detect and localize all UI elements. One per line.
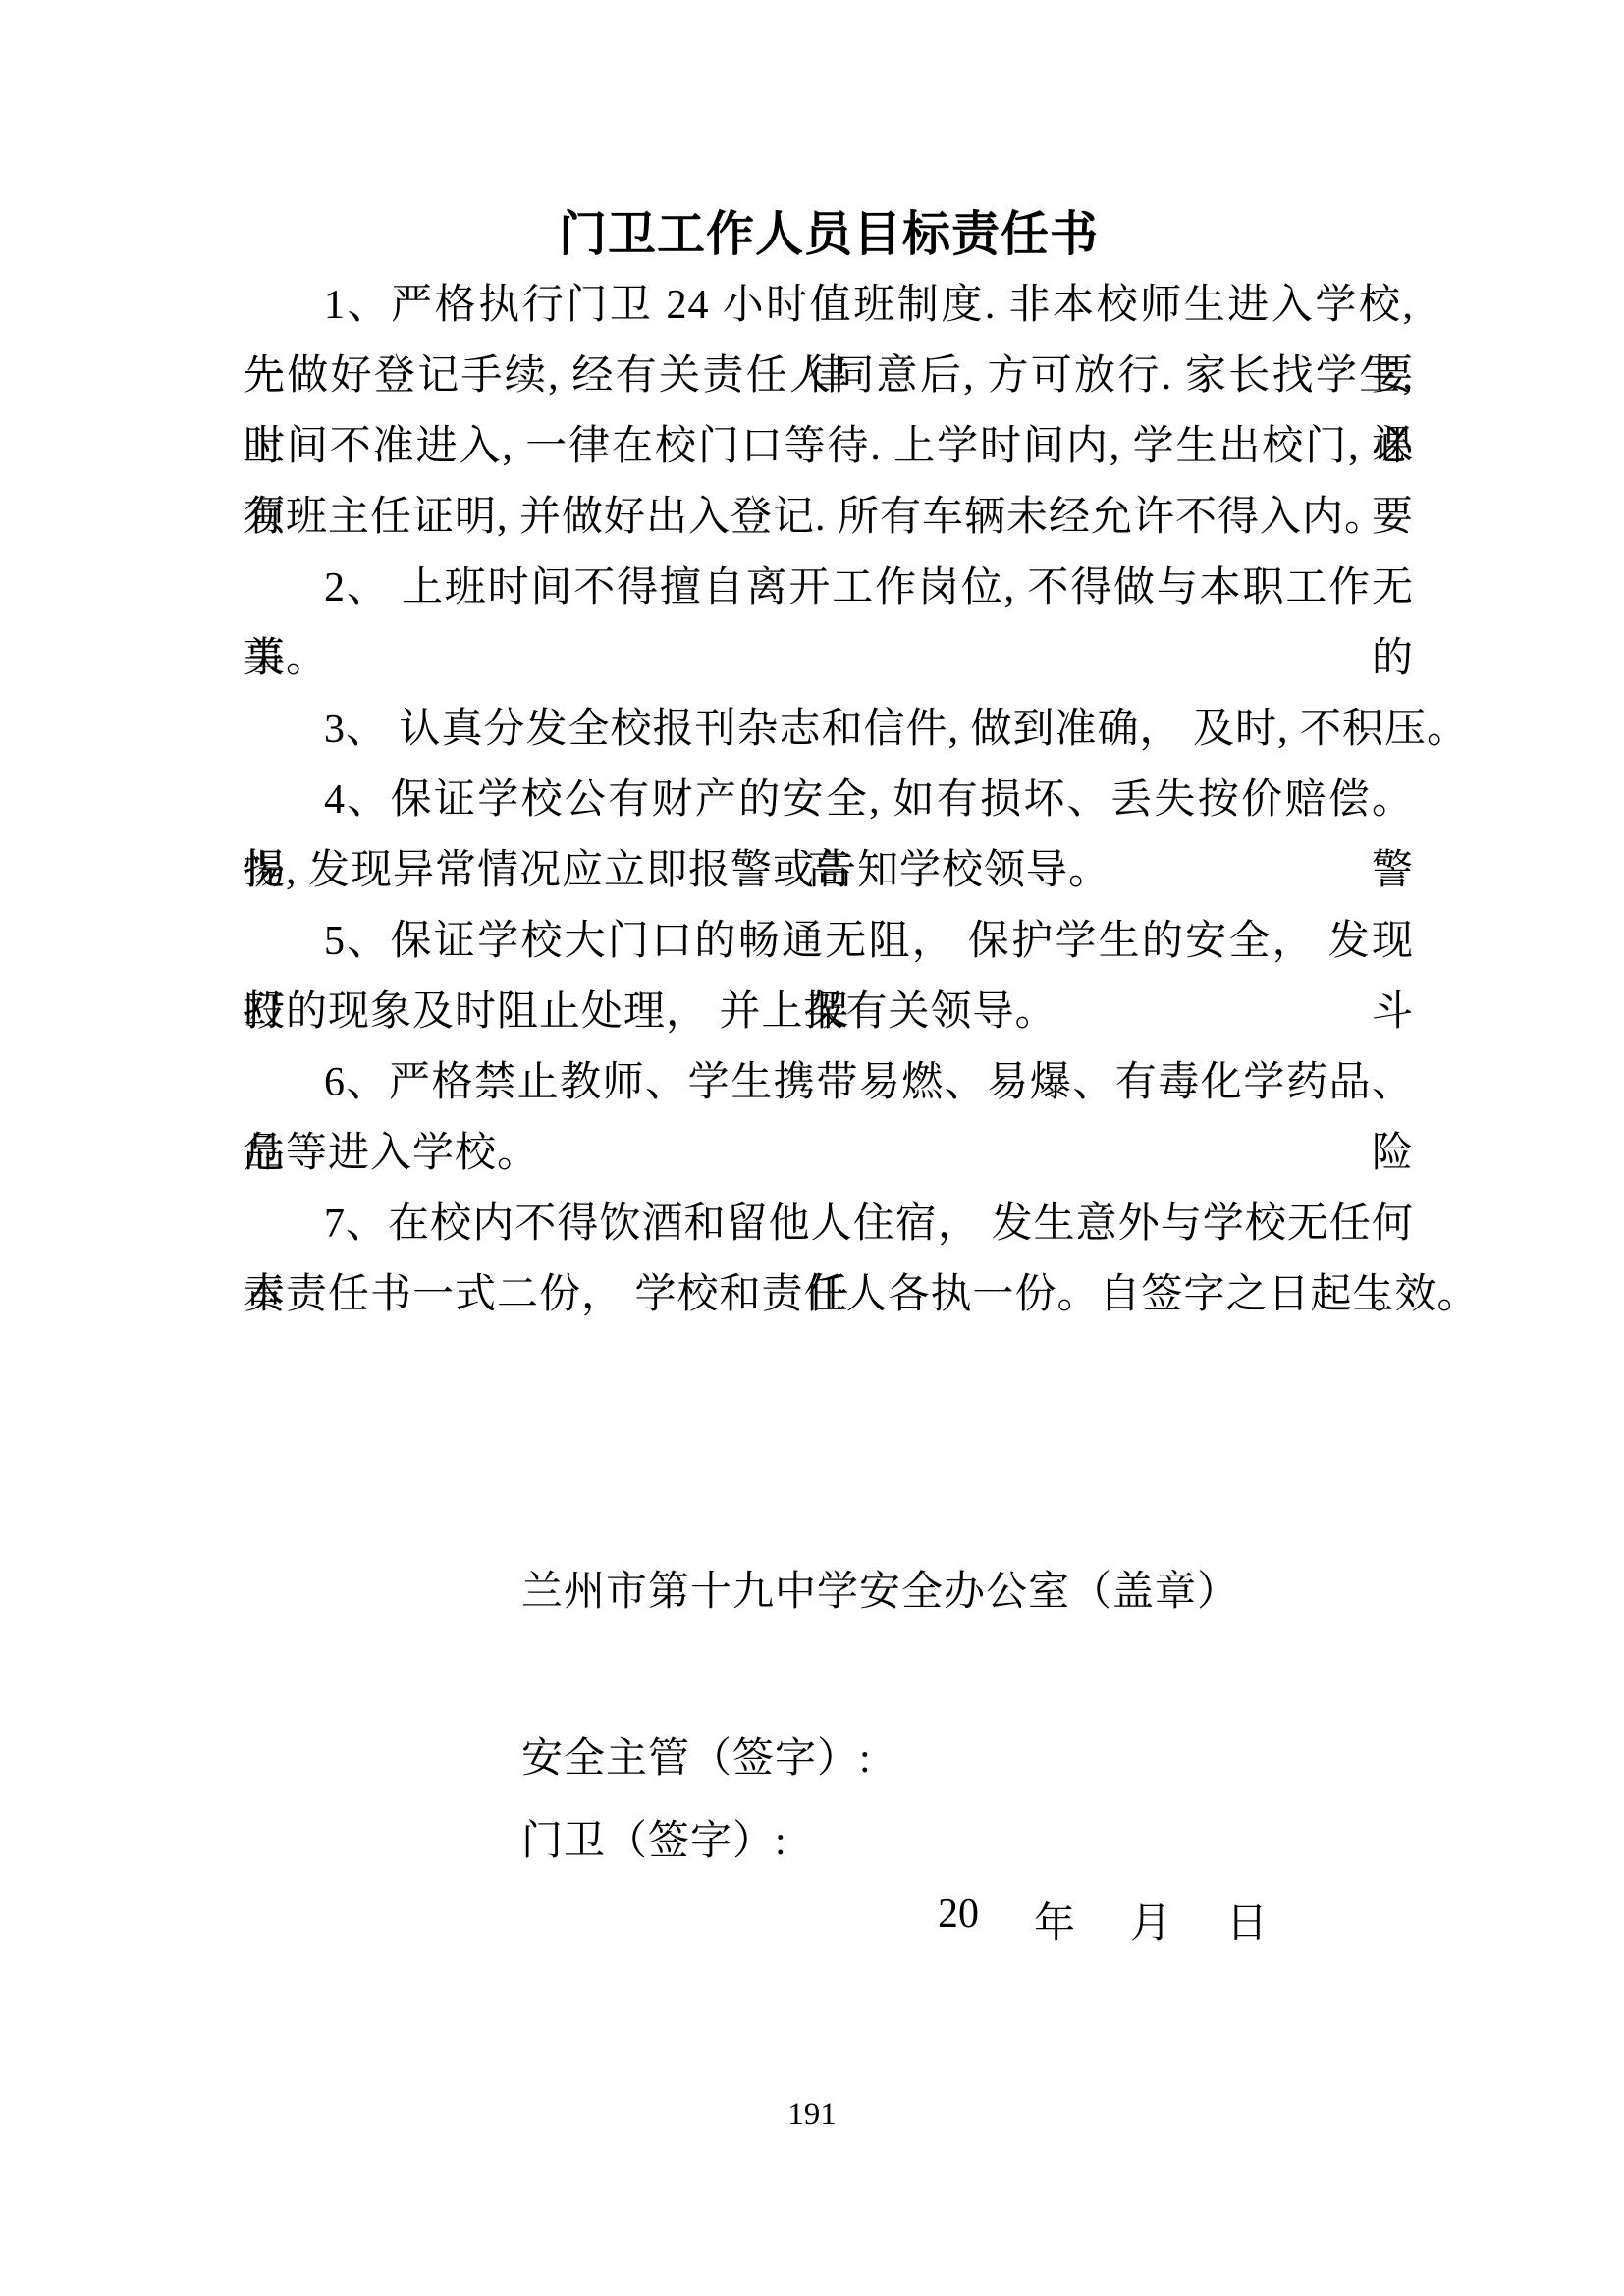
date-line: 20 年 月 日 bbox=[938, 1891, 1268, 1949]
paragraph: 1、严格执行门卫 24 小时值班制度. 非本校师生进入学校, 一律要 先做好登记… bbox=[244, 270, 1414, 553]
paragraph: 4、保证学校公有财产的安全, 如有损坏、丢失按价赔偿。提高警 惕, 发现异常情况… bbox=[244, 765, 1414, 906]
page-number: 191 bbox=[0, 2097, 1624, 2133]
paragraph: 2、 上班时间不得擅自离开工作岗位, 不得做与本职工作无关的 事。 bbox=[244, 553, 1414, 694]
date-year-label: 年 bbox=[1034, 1891, 1075, 1949]
guard-signature-line: 门卫（签字）: bbox=[521, 1808, 787, 1867]
date-year-prefix: 20 bbox=[938, 1891, 979, 1949]
paragraph: 5、保证学校大门口的畅通无阻， 保护学生的安全， 发现打架斗 殴的现象及时阻止处… bbox=[244, 906, 1414, 1047]
body-line: 2、 上班时间不得擅自离开工作岗位, 不得做与本职工作无关的 bbox=[244, 553, 1414, 623]
paragraph: 7、在校内不得饮酒和留他人住宿， 发生意外与学校无任何责任。 本责任书一式二份，… bbox=[244, 1189, 1414, 1330]
document-body: 1、严格执行门卫 24 小时值班制度. 非本校师生进入学校, 一律要 先做好登记… bbox=[244, 270, 1414, 1330]
document-title: 门卫工作人员目标责任书 bbox=[244, 196, 1414, 265]
body-line: 5、保证学校大门口的畅通无阻， 保护学生的安全， 发现打架斗 bbox=[244, 906, 1414, 977]
body-line: 3、 认真分发全校报刊杂志和信件, 做到准确， 及时, 不积压。 bbox=[244, 694, 1414, 765]
body-line: 有班主任证明, 并做好出入登记. 所有车辆未经允许不得入内。 bbox=[244, 482, 1414, 553]
body-line: 7、在校内不得饮酒和留他人住宿， 发生意外与学校无任何责任。 bbox=[244, 1189, 1414, 1259]
date-month-label: 月 bbox=[1130, 1891, 1171, 1949]
document-page: 门卫工作人员目标责任书 1、严格执行门卫 24 小时值班制度. 非本校师生进入学… bbox=[0, 0, 1624, 2296]
paragraph: 3、 认真分发全校报刊杂志和信件, 做到准确， 及时, 不积压。 bbox=[244, 694, 1414, 765]
body-line: 时间不准进入, 一律在校门口等待. 上学时间内, 学生出校门, 必须要 bbox=[244, 411, 1414, 482]
security-manager-signature-line: 安全主管（签字）: bbox=[521, 1726, 872, 1785]
body-line: 6、严格禁止教师、学生携带易燃、易爆、有毒化学药品、危险 bbox=[244, 1047, 1414, 1118]
body-line: 4、保证学校公有财产的安全, 如有损坏、丢失按价赔偿。提高警 bbox=[244, 765, 1414, 835]
date-day-label: 日 bbox=[1226, 1891, 1268, 1949]
body-line: 先做好登记手续, 经有关责任人同意后, 方可放行. 家长找学生, 上课 bbox=[244, 341, 1414, 411]
body-line: 本责任书一式二份， 学校和责任人各执一份。自签字之日起生效。 bbox=[244, 1259, 1414, 1330]
body-line: 1、严格执行门卫 24 小时值班制度. 非本校师生进入学校, 一律要 bbox=[244, 270, 1414, 341]
org-signature-line: 兰州市第十九中学安全办公室（盖章） bbox=[521, 1559, 1239, 1618]
paragraph: 6、严格禁止教师、学生携带易燃、易爆、有毒化学药品、危险 品等进入学校。 bbox=[244, 1047, 1414, 1189]
